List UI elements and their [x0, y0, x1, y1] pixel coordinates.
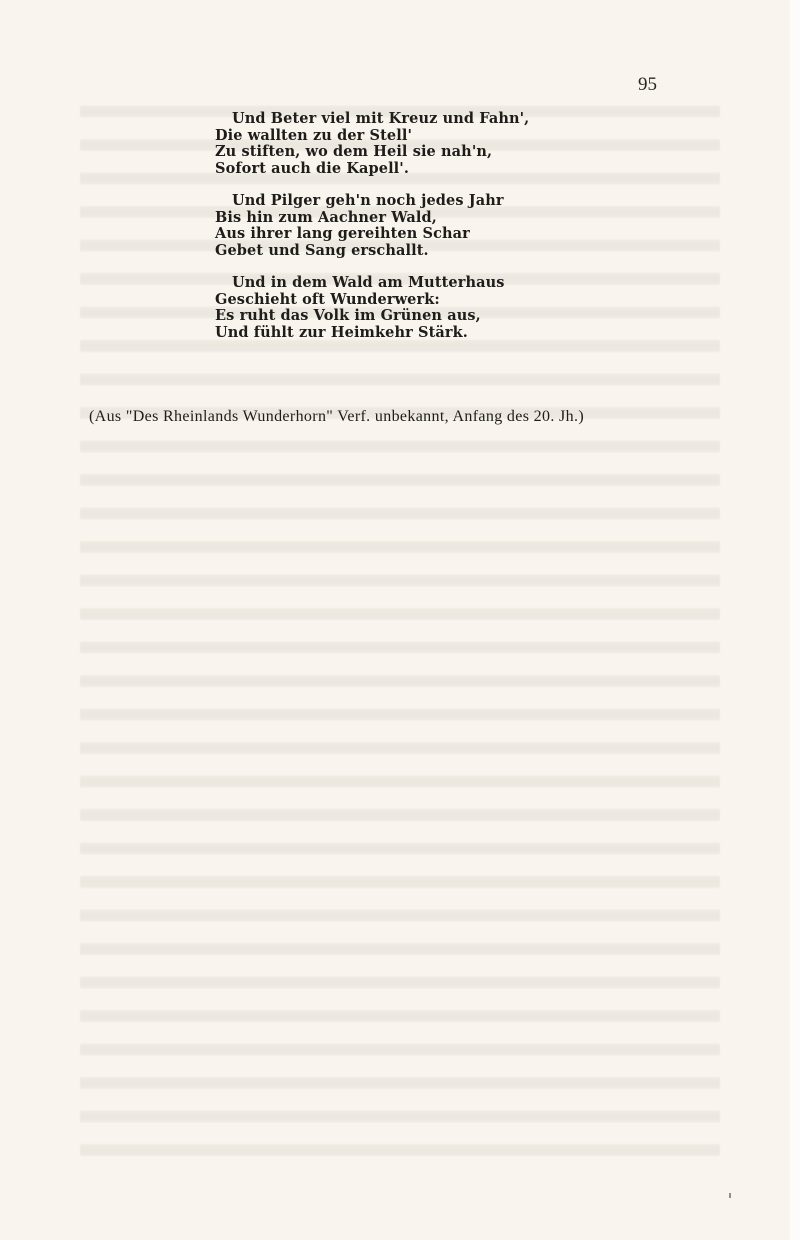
poem-line: Zu stiften, wo dem Heil sie nah'n,: [215, 144, 529, 161]
scan-edge: [790, 0, 800, 1240]
page-number: 95: [638, 74, 657, 96]
poem-line: Und in dem Wald am Mutterhaus: [215, 275, 529, 292]
poem-line: Aus ihrer lang gereihten Schar: [215, 226, 529, 243]
source-attribution: (Aus "Des Rheinlands Wunderhorn" Verf. u…: [89, 408, 584, 426]
stanza-3: Und in dem Wald am Mutterhaus Geschieht …: [215, 275, 529, 341]
poem-line: Es ruht das Volk im Grünen aus,: [215, 308, 529, 325]
poem-line: Sofort auch die Kapell'.: [215, 160, 529, 177]
poem-line: Und Beter viel mit Kreuz und Fahn',: [215, 111, 529, 128]
poem-line: Und fühlt zur Heimkehr Stärk.: [215, 324, 529, 341]
poem-line: Gebet und Sang erschallt.: [215, 242, 529, 259]
stanza-1: Und Beter viel mit Kreuz und Fahn', Die …: [215, 111, 529, 177]
poem: Und Beter viel mit Kreuz und Fahn', Die …: [215, 111, 529, 357]
stanza-2: Und Pilger geh'n noch jedes Jahr Bis hin…: [215, 193, 529, 259]
poem-line: Und Pilger geh'n noch jedes Jahr: [215, 193, 529, 210]
scan-speck: [729, 1193, 731, 1198]
